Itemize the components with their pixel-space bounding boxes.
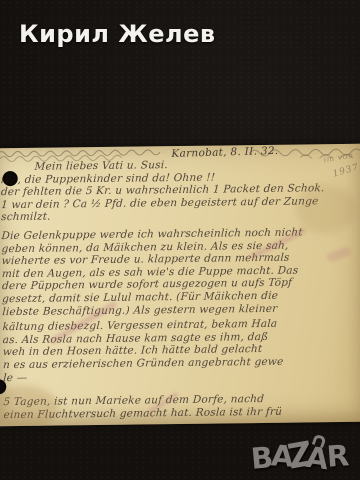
bazar-watermark-logo: B A Z A R <box>251 439 347 473</box>
logo-letter: A <box>305 443 329 474</box>
logo-letter-glyph: A <box>305 443 329 474</box>
logo-letter: B <box>250 443 273 474</box>
handwritten-letter-photo: Karnobat, 8. II. 32. im von 1937 Mein li… <box>0 144 360 426</box>
logo-letter: R <box>326 441 348 471</box>
seller-name-overlay: Кирил Желев <box>19 20 216 48</box>
punch-hole <box>3 171 18 186</box>
